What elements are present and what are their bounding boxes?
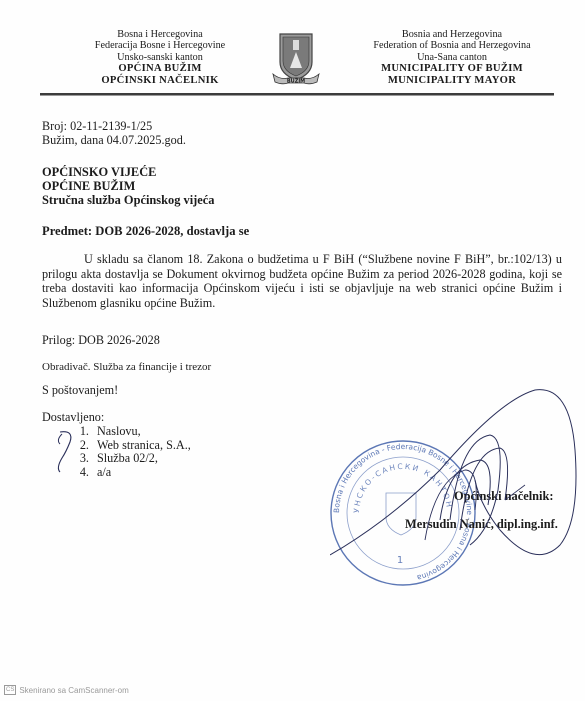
header-right-block: Bosnia and Herzegovina Federation of Bos… [352, 29, 552, 86]
signatory-name: Mersudin Nanić, dipl.ing.inf. [405, 518, 558, 532]
svg-text:1: 1 [397, 555, 403, 566]
header-right-line: Bosnia and Herzegovina [352, 29, 552, 40]
scanner-watermark: CS Skenirano sa CamScanner-om [4, 685, 129, 695]
body-text: U skladu sa članom 18. Zakona o budžetim… [42, 252, 562, 310]
distribution-item: Web stranica, S.A., [92, 439, 191, 453]
subject-line: Predmet: DOB 2026-2028, dostavlja se [42, 225, 249, 239]
reference-number: Broj: 02-11-2139-1/25 [42, 120, 186, 134]
header-right-office: MUNICIPALITY MAYOR [352, 75, 552, 86]
camscanner-logo-icon: CS [4, 685, 16, 695]
addressee-line-3: Stručna služba Općinskog vijeća [42, 194, 214, 208]
header-left-line: Unsko-sanski kanton [60, 52, 260, 63]
addressee-line-1: OPĆINSKO VIJEĆE [42, 166, 214, 180]
header-right-line: Una-Sana canton [352, 52, 552, 63]
reference-block: Broj: 02-11-2139-1/25 Bužim, dana 04.07.… [42, 120, 186, 148]
distribution-item: a/a [92, 466, 191, 480]
header-left-office: OPĆINSKI NAČELNIK [60, 75, 260, 86]
closing-line: S poštovanjem! [42, 384, 118, 398]
header-left-block: Bosna i Hercegovina Federacija Bosne i H… [60, 29, 260, 86]
header-left-line: Federacija Bosne i Hercegovine [60, 40, 260, 51]
header-divider [40, 93, 554, 95]
handwritten-check-mark [52, 428, 82, 474]
distribution-label: Dostavljeno: [42, 411, 191, 425]
header-left-municipality: OPĆINA BUŽIM [60, 63, 260, 74]
coat-of-arms-icon: BUŽIM [268, 28, 324, 90]
svg-text:BUŽIM: BUŽIM [287, 77, 305, 85]
header-right-municipality: MUNICIPALITY OF BUŽIM [352, 63, 552, 74]
official-stamp: Bosna i Hercegovina - Federacija Bosne i… [328, 437, 478, 589]
processor-line: Obradivač. Služba za financije i trezor [42, 361, 211, 375]
distribution-item: Služba 02/2, [92, 452, 191, 466]
addressee-line-2: OPĆINE BUŽIM [42, 180, 214, 194]
header-right-line: Federation of Bosnia and Herzegovina [352, 40, 552, 51]
place-date: Bužim, dana 04.07.2025.god. [42, 134, 186, 148]
addressee-block: OPĆINSKO VIJEĆE OPĆINE BUŽIM Stručna slu… [42, 166, 214, 207]
header-left-line: Bosna i Hercegovina [60, 29, 260, 40]
body-paragraph: U skladu sa članom 18. Zakona o budžetim… [42, 252, 562, 310]
signatory-title: Općinski načelnik: [454, 490, 554, 504]
scanner-watermark-text: Skenirano sa CamScanner-om [19, 686, 128, 695]
distribution-item: Naslovu, [92, 425, 191, 439]
attachment-line: Prilog: DOB 2026-2028 [42, 334, 160, 348]
